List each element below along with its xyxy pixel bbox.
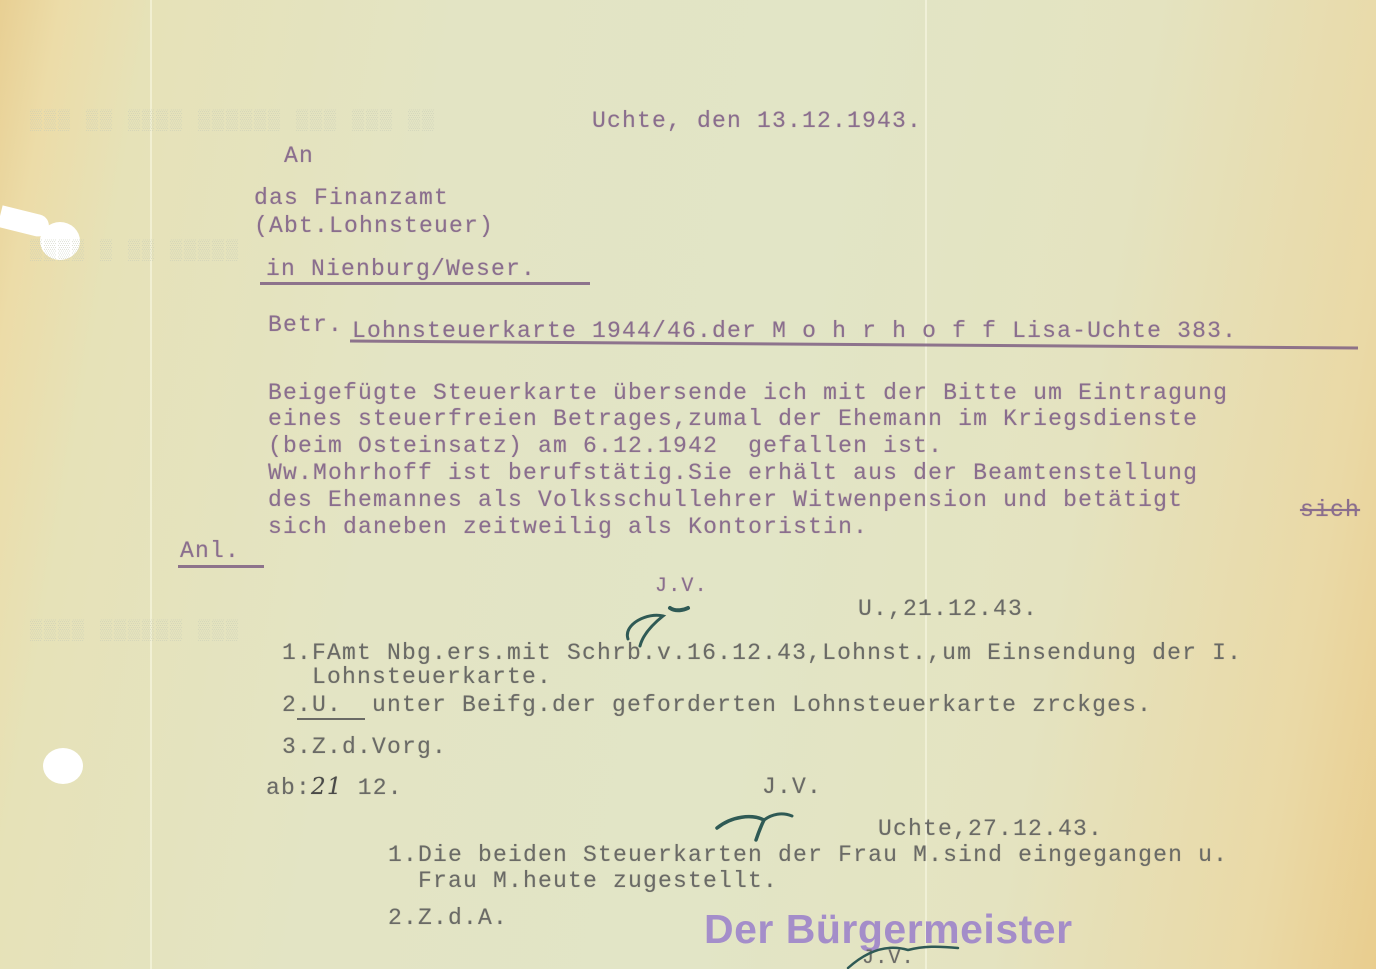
punch-hole-bottom (43, 748, 83, 784)
note2-item-1-cont: Frau M.heute zugestellt. (388, 868, 778, 894)
note1-item-1-cont: Lohnsteuerkarte. (282, 664, 552, 690)
body-struck-word: sich (1300, 497, 1360, 523)
note2-item-1: 1.Die beiden Steuerkarten der Frau M.sin… (388, 842, 1228, 868)
recipient-line-1: das Finanzamt (254, 185, 449, 211)
bleed-through: ▒▒▒▒ ▒▒▒▒▒▒ ▒▒▒ (30, 620, 240, 643)
note1-item-2: 2.U. unter Beifg.der geforderten Lohnste… (282, 692, 1152, 718)
recipient-underline (260, 282, 590, 285)
note1-item-2-underline (297, 718, 365, 720)
bleed-through: ▒▒▒▒ ▒ ▒▒ ▒▒▒▒▒ (30, 240, 240, 263)
body-line-4: Ww.Mohrhoff ist berufstätig.Sie erhält a… (268, 460, 1198, 486)
body-line-6: sich daneben zeitweilig als Kontoristin. (268, 514, 868, 540)
sent-prefix: ab: (266, 775, 311, 801)
sent-handwritten-day: 21 (311, 774, 343, 800)
note1-item-3: 3.Z.d.Vorg. (282, 734, 447, 760)
place-date: Uchte, den 13.12.1943. (592, 108, 922, 134)
note1-item-1: 1.FAmt Nbg.ers.mit Schrb.v.16.12.43,Lohn… (282, 640, 1242, 666)
subject-prefix: Betr. (268, 312, 343, 338)
handwritten-signature-3 (848, 940, 968, 969)
handwritten-signature-2 (712, 806, 812, 846)
bleed-through: ▒▒▒ ▒▒ ▒▒▒▒ ▒▒▒▒▒▒ ▒▒▒ ▒▒▒ ▒▒ (30, 110, 436, 133)
salutation: An (284, 143, 314, 169)
body-line-5: des Ehemannes als Volksschullehrer Witwe… (268, 487, 1183, 513)
note2-item-2: 2.Z.d.A. (388, 905, 508, 931)
body-line-3: (beim Osteinsatz) am 6.12.1942 gefallen … (268, 433, 943, 459)
enclosure-underline (178, 565, 264, 568)
sent-label: ab:21 12. (266, 774, 403, 801)
note1-date: U.,21.12.43. (858, 596, 1038, 622)
sent-month: 12. (343, 775, 403, 801)
enclosure-label: Anl. (180, 538, 240, 564)
recipient-line-3: in Nienburg/Weser. (266, 256, 536, 282)
recipient-line-2: (Abt.Lohnsteuer) (254, 213, 494, 239)
body-line-1: Beigefügte Steuerkarte übersende ich mit… (268, 380, 1228, 406)
paper-fold-left (150, 0, 152, 969)
note2-date: Uchte,27.12.43. (878, 816, 1103, 842)
note2-initials: J.V. (762, 774, 822, 800)
body-line-2: eines steuerfreien Betrages,zumal der Eh… (268, 406, 1198, 432)
note1-initials: J.V. (655, 574, 708, 600)
